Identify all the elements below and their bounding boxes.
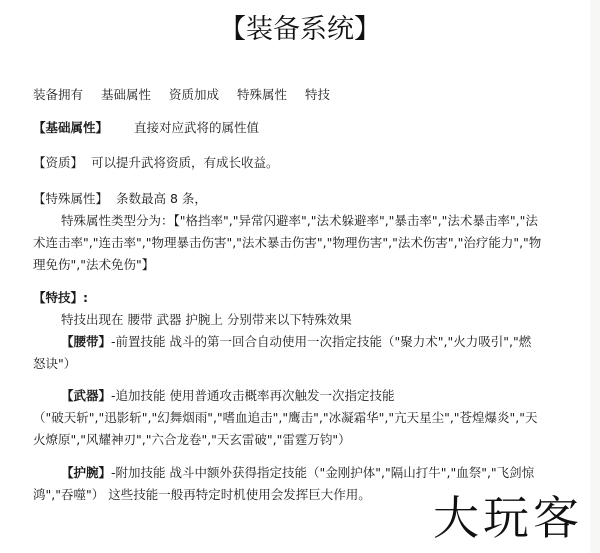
bracer-label: 【护腕】 [61,465,111,480]
basic-label: 【基础属性】 [33,120,108,135]
aptitude-text: 可以提升武将资质，有成长收益。 [91,155,279,170]
belt-line2: 怒诀"） [33,353,76,375]
belt-line1: 【腰带】-前置技能 战斗的第一回合自动使用一次指定技能（"聚力术","火力吸引"… [33,331,531,353]
special-label: 【特殊属性】 [33,191,108,206]
basic-text: 直接对应武将的属性值 [134,120,259,135]
weapon-line1: 【武器】-追加技能 使用普通攻击概率再次触发一次指定技能 [33,385,395,407]
belt-label: 【腰带】 [61,334,111,349]
skill-label: 【特技】: [33,287,88,309]
belt-text: -前置技能 战斗的第一回合自动使用一次指定技能（"聚力术","火力吸引","燃 [111,334,531,349]
nav-item-special: 特殊属性 [237,87,287,102]
special-types-line3: 理免伤","法术免伤"】 [33,254,154,276]
weapon-label: 【武器】 [61,388,111,403]
nav-item-basic: 基础属性 [101,87,151,102]
special-text: 条数最高 8 条， [116,191,207,206]
aptitude-section: 【资质】 可以提升武将资质，有成长收益。 [33,152,279,174]
section-nav: 装备拥有 基础属性 资质加成 特殊属性 特技 [33,84,344,106]
bracer-line2: 鸿","吞噬"） 这些技能一般再特定时机使用会发挥巨大作用。 [33,484,371,506]
weapon-text: -追加技能 使用普通攻击概率再次触发一次指定技能 [111,388,395,403]
page-title: 【装备系统】 [0,10,600,50]
watermark-logo: 大玩客 [433,490,583,546]
bracer-text: -附加技能 战斗中额外获得指定技能（"金刚护体","隔山打牛","血祭","飞剑… [111,465,534,480]
page-edge [590,0,600,553]
special-types-line1: 特殊属性类型分为：【"格挡率","异常闪避率","法术躲避率","暴击率","法… [33,210,538,232]
nav-item-ownership: 装备拥有 [33,87,83,102]
nav-item-skill: 特技 [305,87,330,102]
skill-intro: 特技出现在 腰带 武器 护腕上 分别带来以下特殊效果 [33,309,352,331]
bracer-line1: 【护腕】-附加技能 战斗中额外获得指定技能（"金刚护体","隔山打牛","血祭"… [33,462,534,484]
nav-item-aptitude: 资质加成 [169,87,219,102]
special-types-line2: 术连击率","连击率","物理暴击伤害","法术暴击伤害","物理伤害","法术… [33,232,541,254]
special-section: 【特殊属性】 条数最高 8 条， [33,188,207,210]
weapon-line2: （"破天斩","迅影斩","幻舞烟雨","嗜血追击","鹰击","冰凝霜华","… [33,407,538,429]
aptitude-label: 【资质】 [33,155,83,170]
weapon-line3: 火燎原","风耀神刃","六合龙卷","天玄雷破","雷霆万钧"） [33,429,351,451]
basic-section: 【基础属性】 直接对应武将的属性值 [33,117,259,139]
